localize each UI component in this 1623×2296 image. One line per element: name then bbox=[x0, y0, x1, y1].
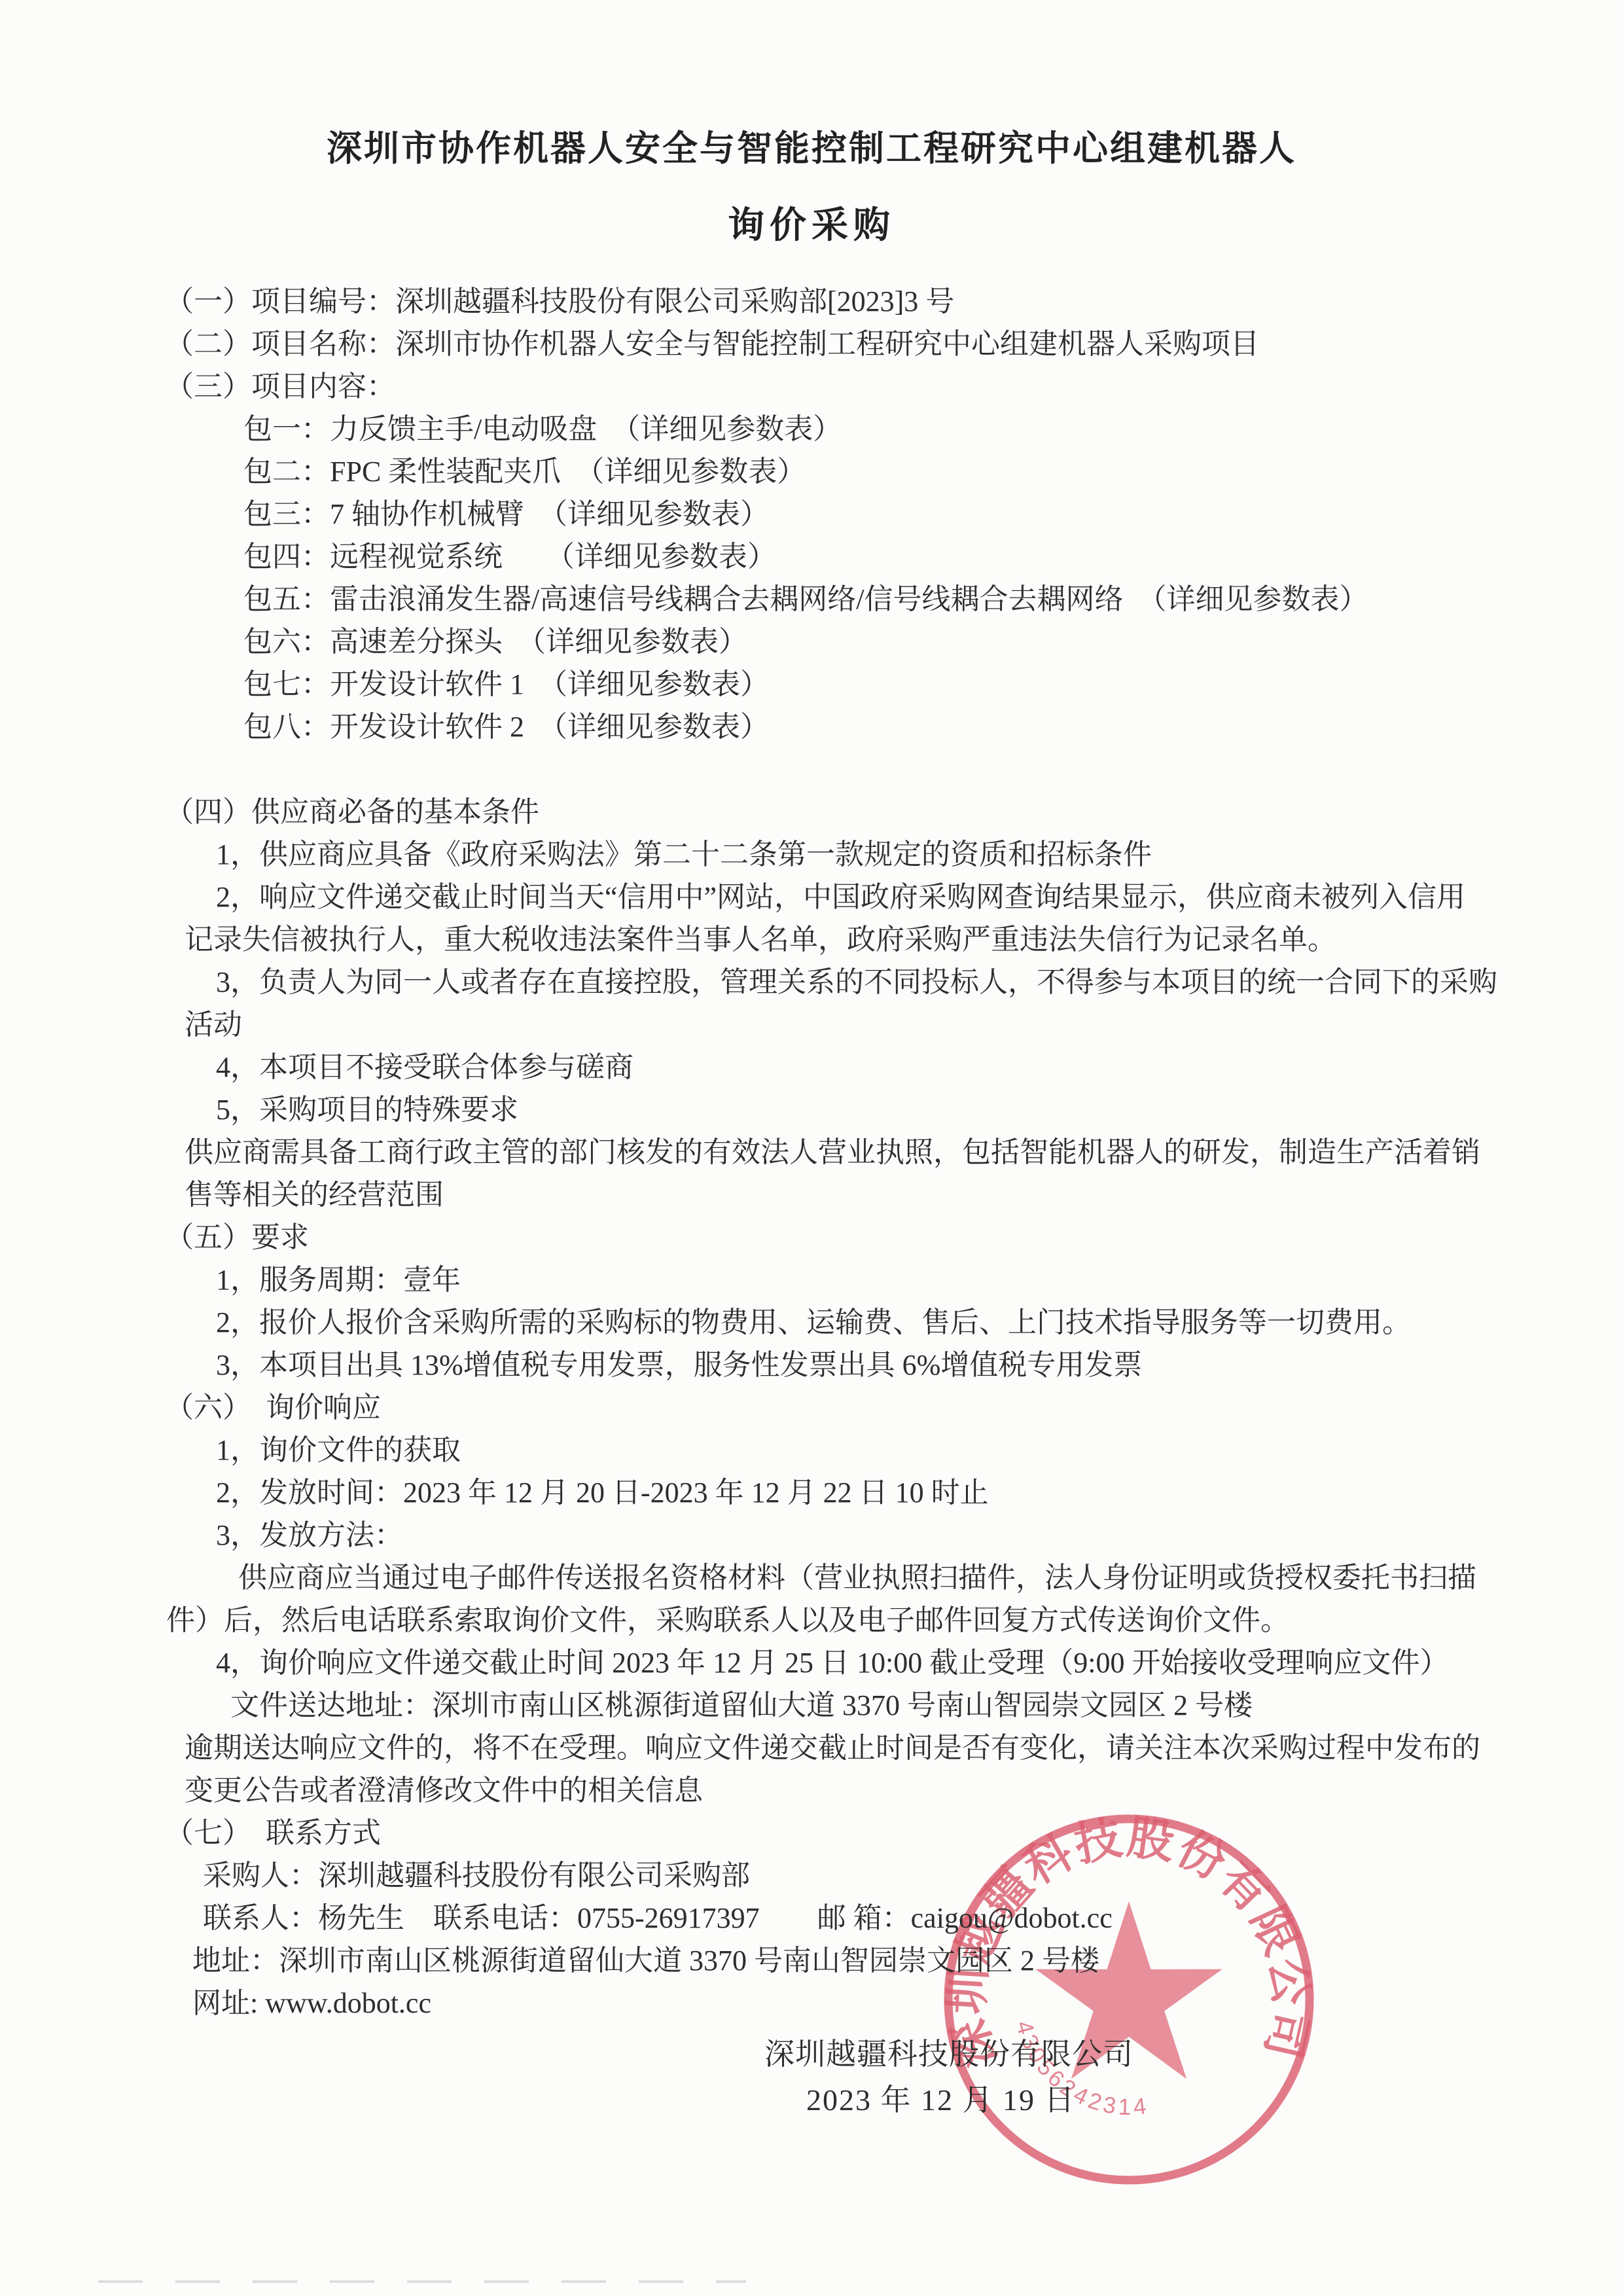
doc-line: 供应商需具备工商行政主管的部门核发的有效法人营业执照，包括智能机器人的研发，制造… bbox=[165, 1131, 1497, 1174]
doc-line: 地址：深圳市南山区桃源街道留仙大道 3370 号南山智园崇文园区 2 号楼 bbox=[165, 1939, 1497, 1982]
doc-line: 2，响应文件递交截止时间当天“信用中”网站，中国政府采购网查询结果显示，供应商未… bbox=[165, 876, 1497, 918]
doc-line: （一）项目编号：深圳越疆科技股份有限公司采购部[2023]3 号 bbox=[165, 280, 1497, 323]
doc-line: 包一：力反馈主手/电动吸盘 （详细见参数表） bbox=[165, 408, 1497, 450]
doc-line: 文件送达地址：深圳市南山区桃源街道留仙大道 3370 号南山智园崇文园区 2 号… bbox=[165, 1684, 1497, 1727]
doc-line: 包八：开发设计软件 2 （详细见参数表） bbox=[165, 706, 1497, 748]
doc-line: 件）后，然后电话联系索取询价文件，采购联系人以及电子邮件回复方式传送询价文件。 bbox=[165, 1599, 1497, 1641]
doc-body: （一）项目编号：深圳越疆科技股份有限公司采购部[2023]3 号（二）项目名称：… bbox=[165, 280, 1497, 2024]
doc-line: 5，采购项目的特殊要求 bbox=[165, 1088, 1497, 1131]
doc-line: 活动 bbox=[165, 1003, 1497, 1046]
doc-line: （六） 询价响应 bbox=[165, 1386, 1497, 1429]
doc-line: 2，报价人报价含采购所需的采购标的物费用、运输费、售后、上门技术指导服务等一切费… bbox=[165, 1301, 1497, 1344]
scan-artifact-line bbox=[98, 2280, 746, 2283]
doc-line: 3，负责人为同一人或者存在直接控股，管理关系的不同投标人，不得参与本项目的统一合… bbox=[165, 961, 1497, 1003]
doc-line: 变更公告或者澄清修改文件中的相关信息 bbox=[165, 1769, 1497, 1812]
doc-line: 3，本项目出具 13%增值税专用发票，服务性发票出具 6%增值税专用发票 bbox=[165, 1344, 1497, 1386]
doc-line: 2，发放时间：2023 年 12 月 20 日-2023 年 12 月 22 日… bbox=[165, 1471, 1497, 1514]
doc-line: （三）项目内容： bbox=[165, 365, 1497, 408]
doc-line: 逾期送达响应文件的，将不在受理。响应文件递交截止时间是否有变化，请关注本次采购过… bbox=[165, 1727, 1497, 1769]
doc-line: 4，本项目不接受联合体参与磋商 bbox=[165, 1046, 1497, 1088]
doc-line: 1，服务周期：壹年 bbox=[165, 1259, 1497, 1301]
doc-line: 包六：高速差分探头 （详细见参数表） bbox=[165, 620, 1497, 663]
doc-line: 包四：远程视觉系统 （详细见参数表） bbox=[165, 535, 1497, 578]
doc-line: 包三：7 轴协作机械臂 （详细见参数表） bbox=[165, 493, 1497, 535]
doc-line: 供应商应当通过电子邮件传送报名资格材料（营业执照扫描件，法人身份证明或货授权委托… bbox=[165, 1556, 1497, 1599]
doc-line: 1，询价文件的获取 bbox=[165, 1429, 1497, 1471]
doc-line: 联系人：杨先生 联系电话：0755-26917397 邮 箱：caigou@do… bbox=[165, 1897, 1497, 1939]
doc-line: 采购人：深圳越疆科技股份有限公司采购部 bbox=[165, 1854, 1497, 1897]
doc-line: 4，询价响应文件递交截止时间 2023 年 12 月 25 日 10:00 截止… bbox=[165, 1641, 1497, 1684]
doc-line: （四）供应商必备的基本条件 bbox=[165, 791, 1497, 833]
doc-line: 3，发放方法： bbox=[165, 1514, 1497, 1556]
doc-line: 售等相关的经营范围 bbox=[165, 1174, 1497, 1216]
doc-title: 深圳市协作机器人安全与智能控制工程研究中心组建机器人 bbox=[0, 120, 1623, 171]
doc-line: 网址: www.dobot.cc bbox=[165, 1982, 1497, 2024]
doc-line: 1，供应商应具备《政府采购法》第二十二条第一款规定的资质和招标条件 bbox=[165, 833, 1497, 876]
doc-line: 包五：雷击浪涌发生器/高速信号线耦合去耦网络/信号线耦合去耦网络 （详细见参数表… bbox=[165, 578, 1497, 620]
doc-line: （七） 联系方式 bbox=[165, 1812, 1497, 1854]
doc-line: 包二：FPC 柔性装配夹爪 （详细见参数表） bbox=[165, 450, 1497, 493]
doc-line: （二）项目名称：深圳市协作机器人安全与智能控制工程研究中心组建机器人采购项目 bbox=[165, 323, 1497, 365]
document-page: 深圳越疆科技股份有限公司 43056242314 深圳市协作机器人安全与智能控制… bbox=[0, 0, 1623, 2296]
signature-date: 2023 年 12 月 19 日 bbox=[806, 2076, 1076, 2119]
doc-line: 包七：开发设计软件 1 （详细见参数表） bbox=[165, 663, 1497, 706]
doc-subtitle: 询价采购 bbox=[0, 196, 1623, 249]
signature-company: 深圳越疆科技股份有限公司 bbox=[764, 2030, 1133, 2073]
doc-line: 记录失信被执行人，重大税收违法案件当事人名单，政府采购严重违法失信行为记录名单。 bbox=[165, 918, 1497, 961]
doc-line: （五）要求 bbox=[165, 1216, 1497, 1259]
